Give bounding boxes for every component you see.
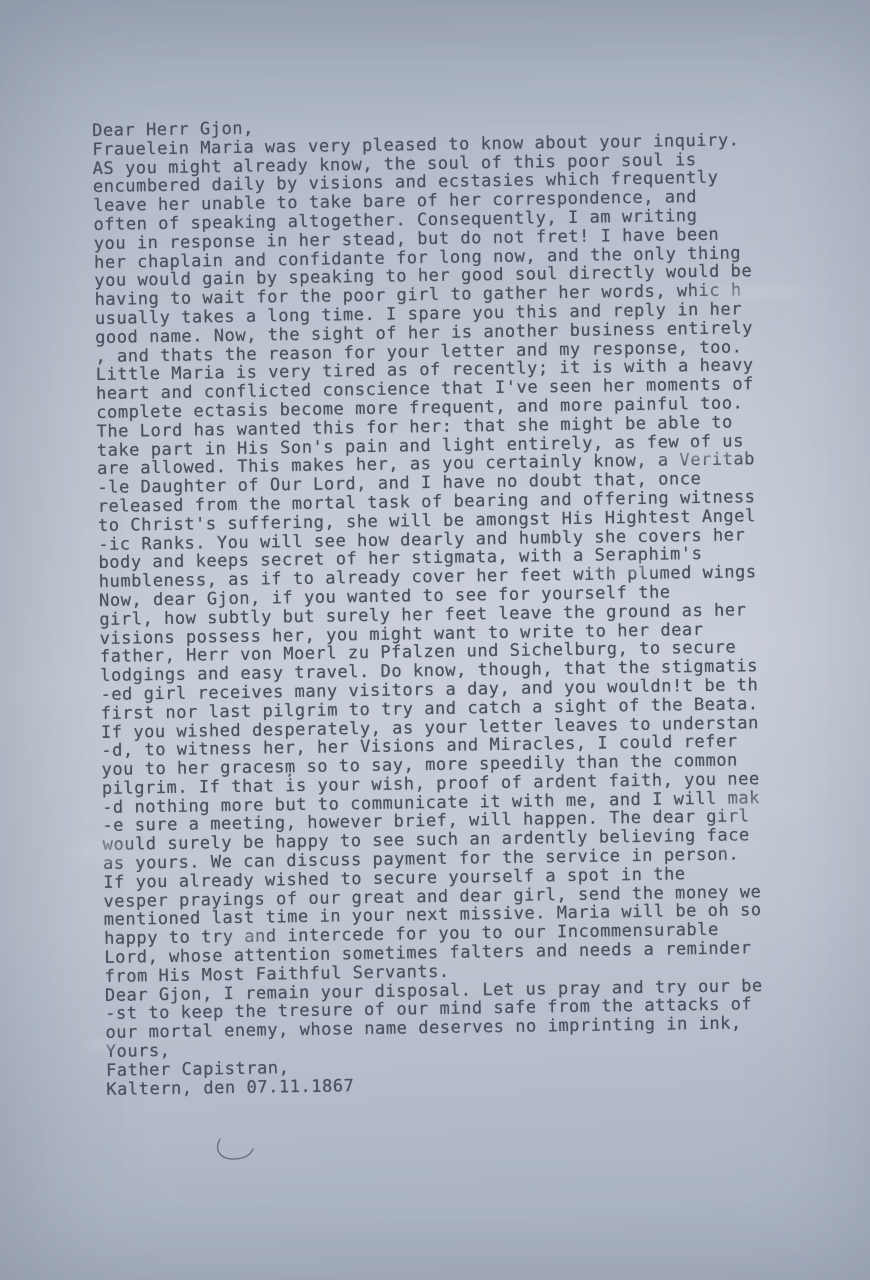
letter-photo: Dear Herr Gjon,Frauelein Maria was very … xyxy=(0,0,870,1280)
letter-body: Dear Herr Gjon,Frauelein Maria was very … xyxy=(92,112,764,1099)
